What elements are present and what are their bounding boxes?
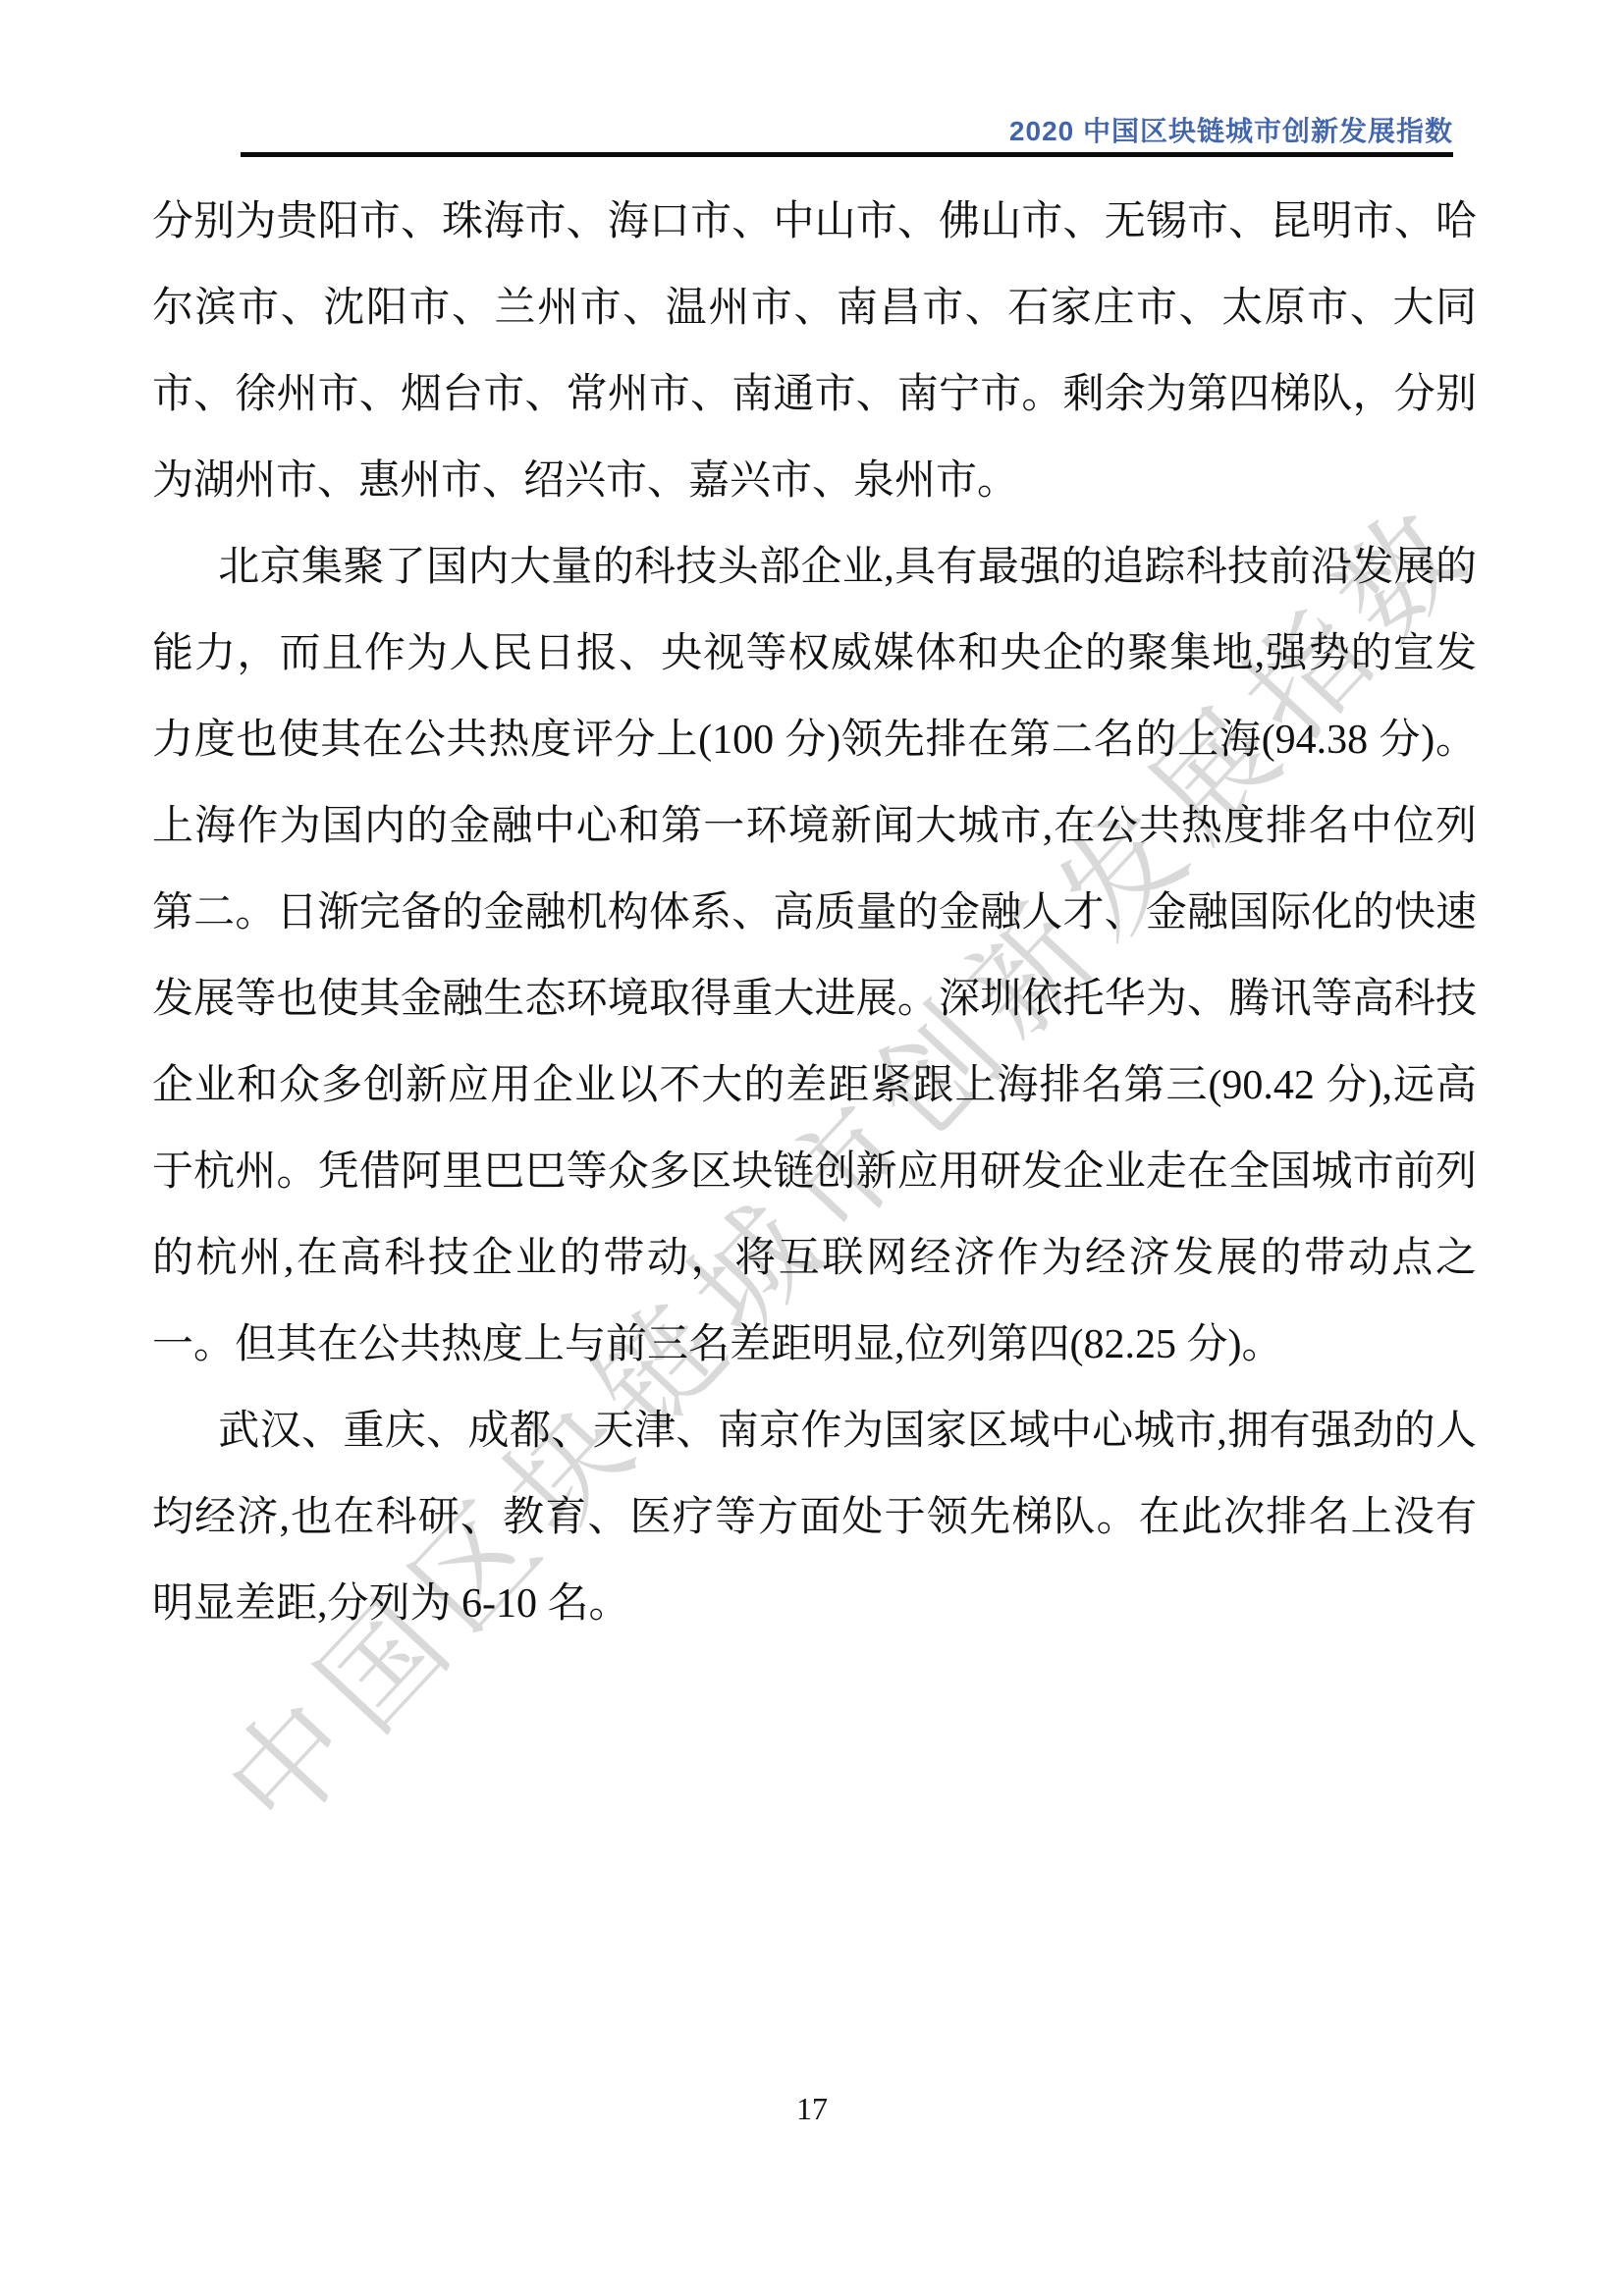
header-title: 2020 中国区块链城市创新发展指数 — [1009, 110, 1453, 149]
document-page: 中国区块链城市创新发展指数 2020 中国区块链城市创新发展指数 分别为贵阳市、… — [0, 0, 1624, 2296]
paragraph-city-tiers: 分别为贵阳市、珠海市、海口市、中山市、佛山市、无锡市、昆明市、哈尔滨市、沈阳市、… — [152, 179, 1477, 524]
page-number: 17 — [0, 2091, 1624, 2127]
body-text: 分别为贵阳市、珠海市、海口市、中山市、佛山市、无锡市、昆明市、哈尔滨市、沈阳市、… — [152, 179, 1477, 1647]
paragraph-regional-center-cities: 武汉、重庆、成都、天津、南京作为国家区域中心城市,拥有强劲的人均经济,也在科研、… — [152, 1388, 1477, 1647]
paragraph-beijing-shanghai-shenzhen-hangzhou: 北京集聚了国内大量的科技头部企业,具有最强的追踪科技前沿发展的能力，而且作为人民… — [152, 524, 1477, 1388]
header-rule — [241, 152, 1453, 157]
